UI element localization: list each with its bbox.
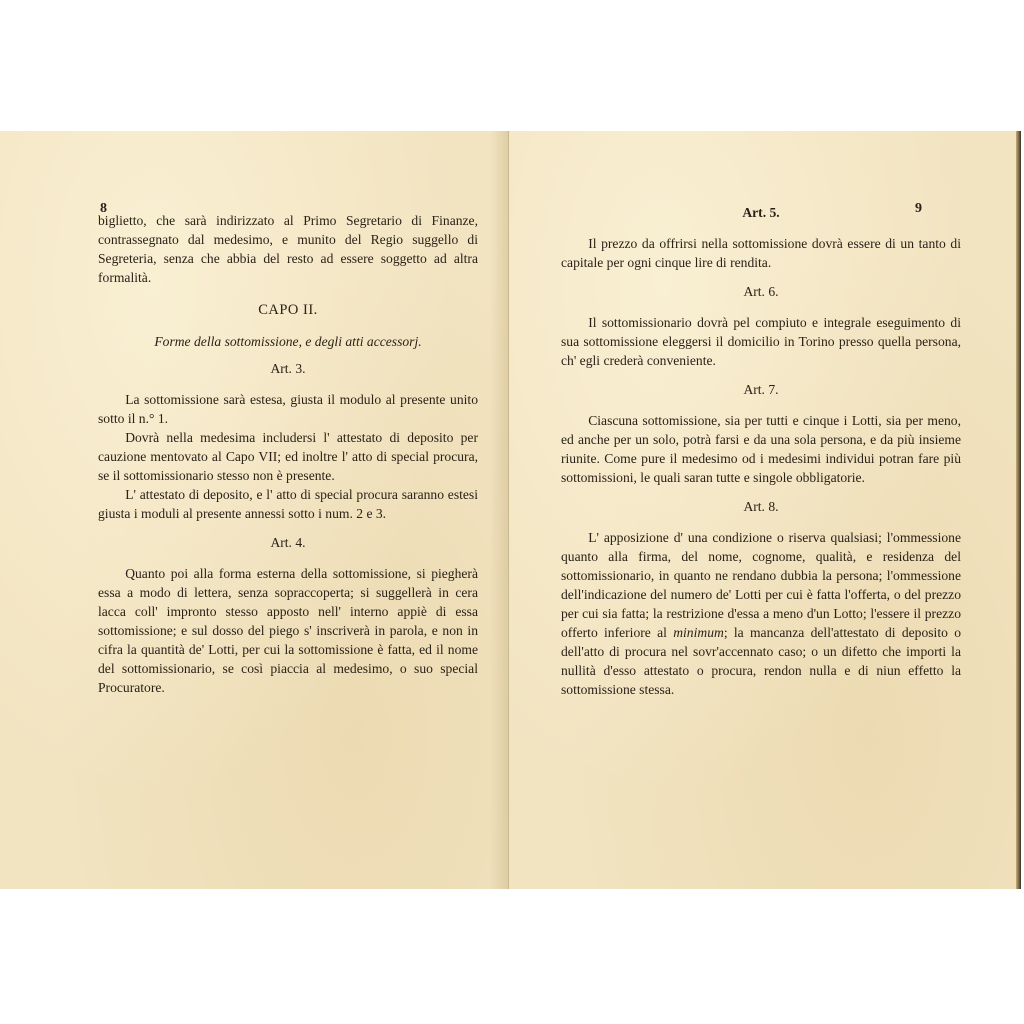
chapter-heading: CAPO II. <box>98 301 478 320</box>
article-paragraph: Quanto poi alla forma esterna della sott… <box>98 564 478 697</box>
article-text: L' apposizione d' una condizione o riser… <box>561 530 961 640</box>
article-paragraph: Dovrà nella medesima includersi l' attes… <box>98 428 478 485</box>
gutter-shadow <box>490 131 508 889</box>
article-heading: Art. 6. <box>561 282 961 301</box>
article-paragraph: L' attestato di deposito, e l' atto di s… <box>98 485 478 523</box>
left-page-text: biglietto, che sarà indirizzato al Primo… <box>98 195 478 697</box>
article-heading: Art. 7. <box>561 380 961 399</box>
left-page: 8 biglietto, che sarà indirizzato al Pri… <box>0 131 507 889</box>
article-paragraph: La sottomissione sarà estesa, giusta il … <box>98 390 478 428</box>
article-paragraph: L' apposizione d' una condizione o riser… <box>561 528 961 699</box>
article-paragraph: Ciascuna sottomissione, sia per tutti e … <box>561 411 961 487</box>
italic-term: minimum <box>673 625 724 640</box>
book-spread: 8 biglietto, che sarà indirizzato al Pri… <box>0 131 1020 889</box>
right-page-text: Art. 5. Il prezzo da offrirsi nella sott… <box>561 195 961 699</box>
article-paragraph: Il prezzo da offrirsi nella sottomission… <box>561 234 961 272</box>
article-heading: Art. 4. <box>98 533 478 552</box>
article-heading: Art. 5. <box>561 203 961 222</box>
article-heading: Art. 3. <box>98 359 478 378</box>
article-paragraph: Il sottomissionario dovrà pel compiuto e… <box>561 313 961 370</box>
continuation-paragraph: biglietto, che sarà indirizzato al Primo… <box>98 211 478 287</box>
right-page: 9 Art. 5. Il prezzo da offrirsi nella so… <box>508 131 1021 889</box>
chapter-subtitle: Forme della sottomissione, e degli atti … <box>98 332 478 351</box>
article-heading: Art. 8. <box>561 497 961 516</box>
